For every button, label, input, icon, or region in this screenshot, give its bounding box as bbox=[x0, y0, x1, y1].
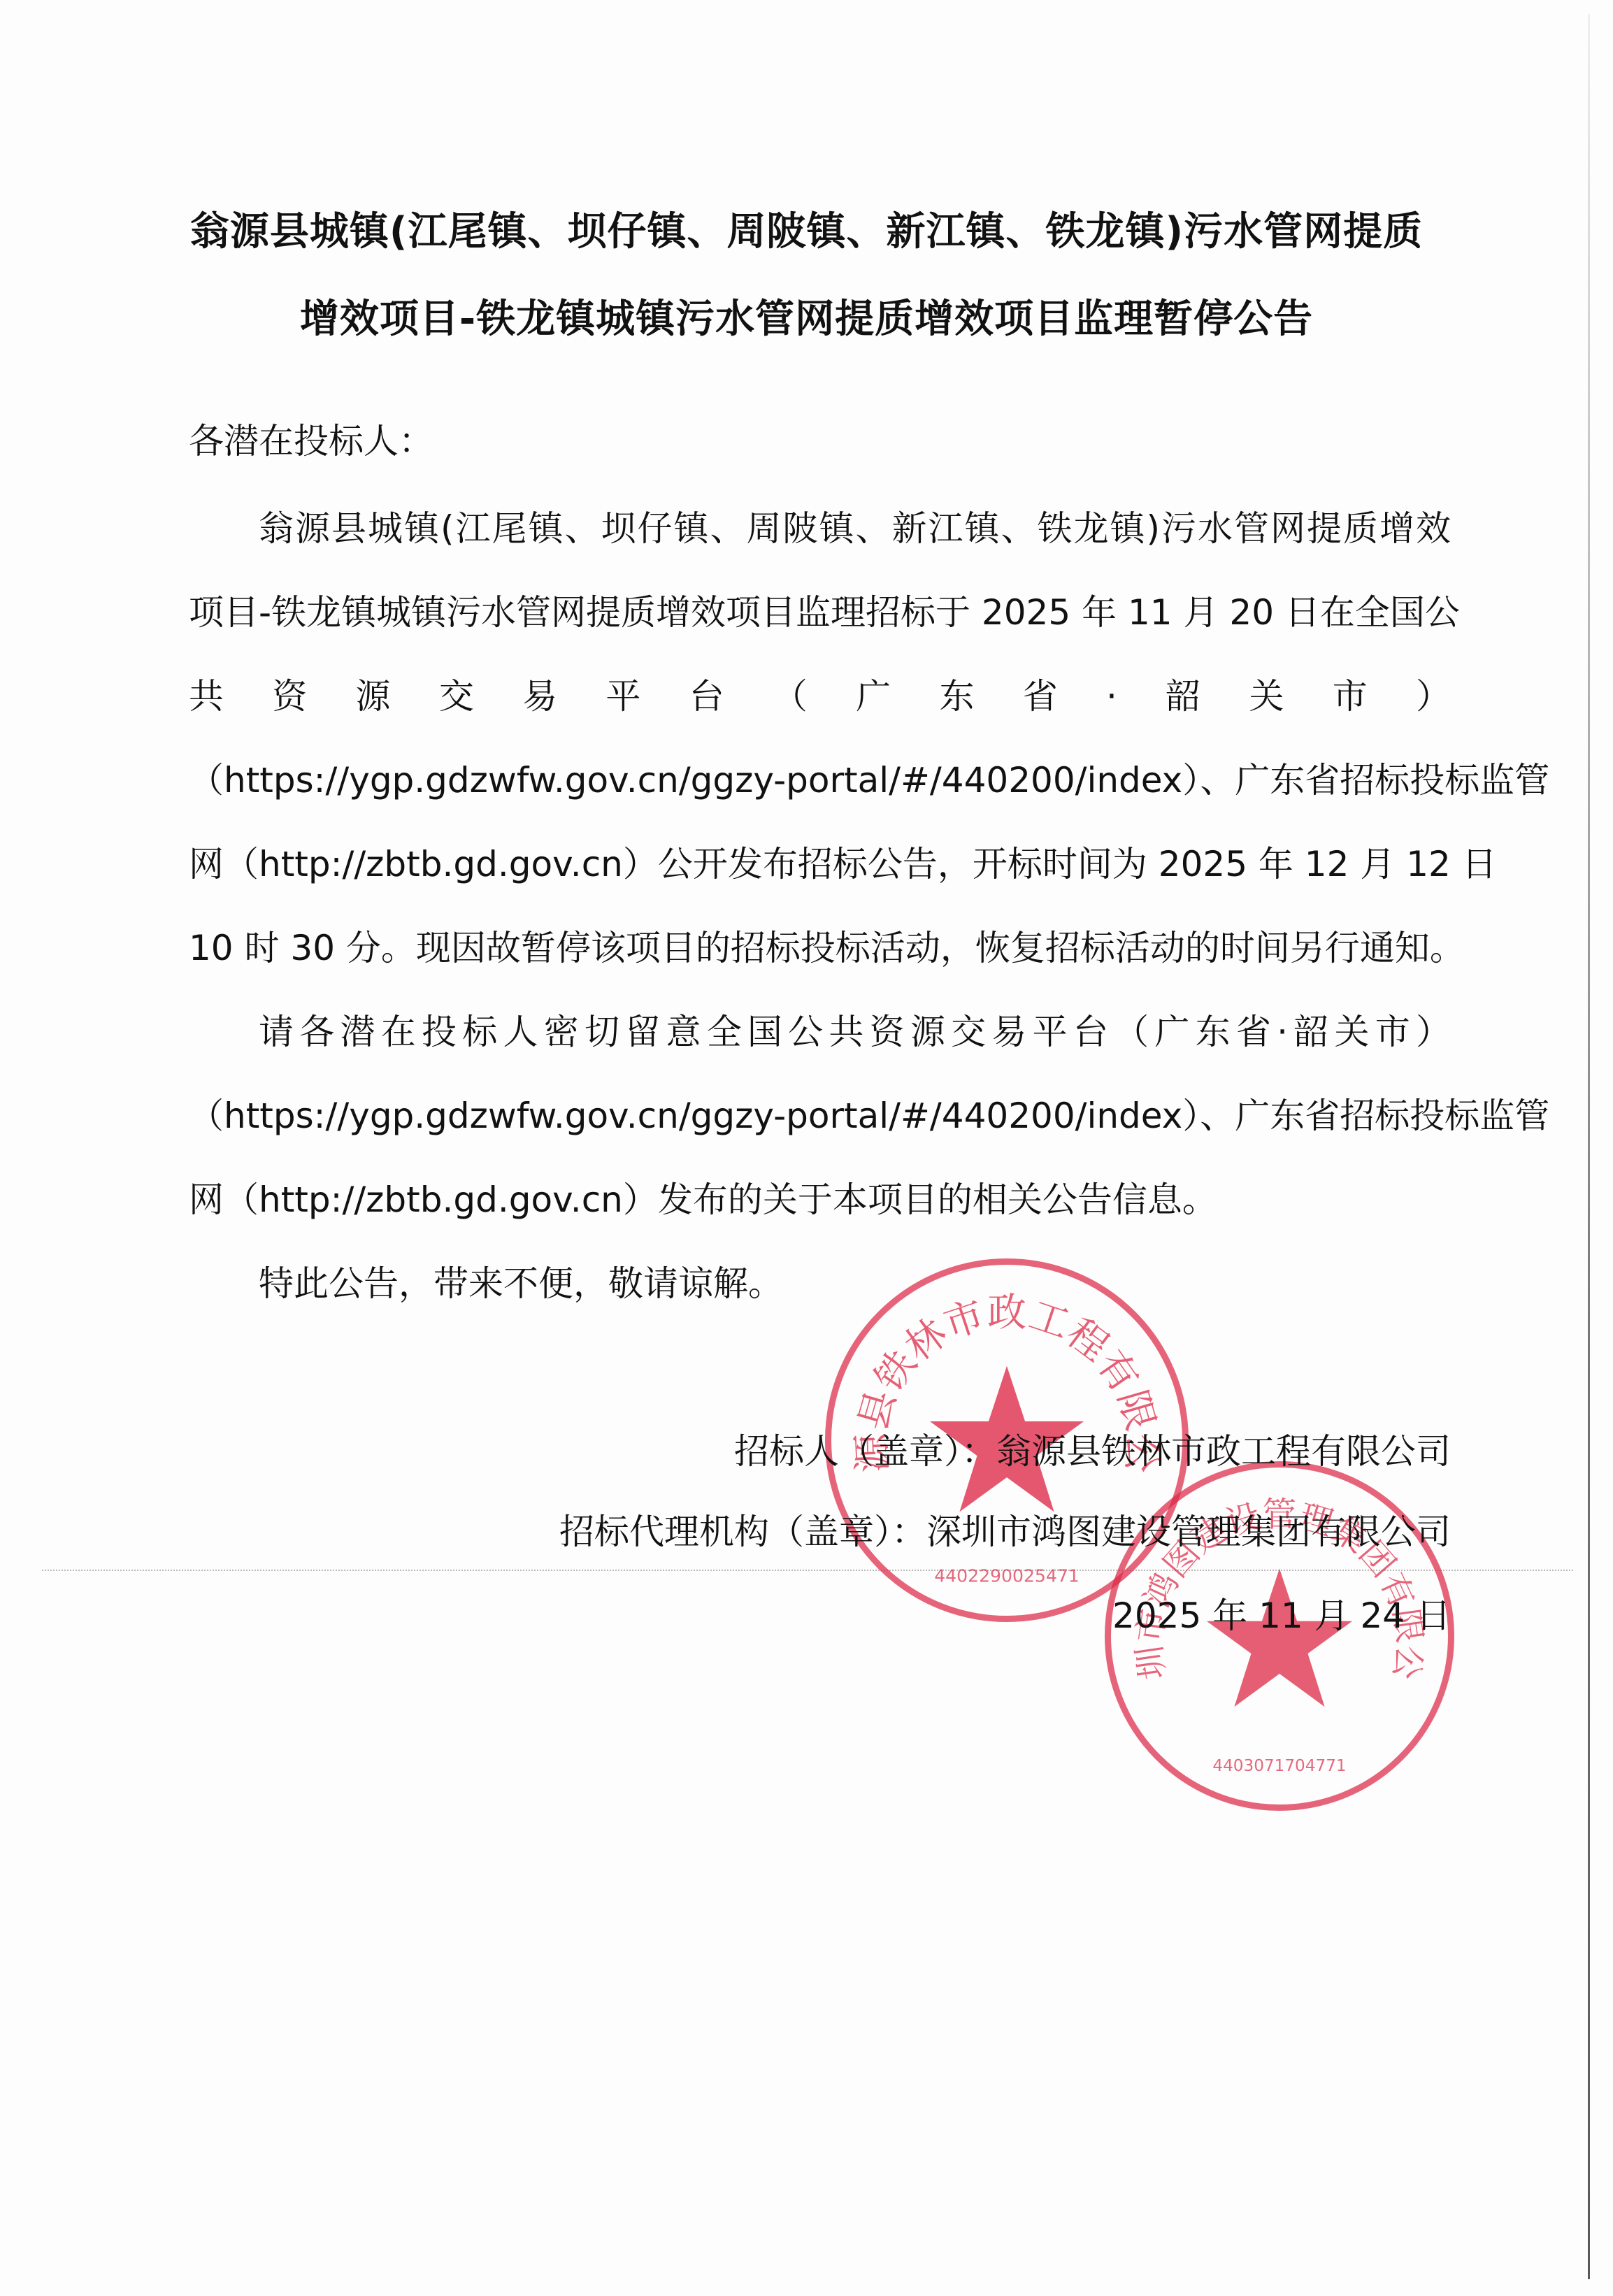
scan-edge-line bbox=[1588, 14, 1590, 2279]
paragraph1-line-3: 共资源交易平台（广东省·韶关市） bbox=[189, 675, 1451, 718]
paragraph2-line-3: 网（http://zbtb.gd.gov.cn）发布的关于本项目的相关公告信息。 bbox=[189, 1178, 1451, 1221]
svg-text:4403071704771: 4403071704771 bbox=[1212, 1757, 1346, 1775]
paragraph1-line-1: 翁源县城镇(江尾镇、坝仔镇、周陂镇、新江镇、铁龙镇)污水管网提质增效 bbox=[189, 507, 1451, 550]
salutation: 各潜在投标人： bbox=[189, 419, 1451, 463]
signature-tenderer: 招标人（盖章）：翁源县铁林市政工程有限公司 bbox=[189, 1430, 1451, 1473]
paragraph1-line-4: （https://ygp.gdzwfw.gov.cn/ggzy-portal/#… bbox=[189, 759, 1451, 802]
paragraph1-line-5: 网（http://zbtb.gd.gov.cn）公开发布招标公告，开标时间为 2… bbox=[189, 842, 1451, 886]
signature-agency: 招标代理机构（盖章）：深圳市鸿图建设管理集团有限公司 bbox=[189, 1510, 1451, 1554]
paragraph1-line-2: 项目-铁龙镇城镇污水管网提质增效项目监理招标于 2025 年 11 月 20 日… bbox=[189, 591, 1451, 634]
paragraph2-line-2: （https://ygp.gdzwfw.gov.cn/ggzy-portal/#… bbox=[189, 1094, 1451, 1138]
document-title-line-2: 增效项目-铁龙镇城镇污水管网提质增效项目监理暂停公告 bbox=[0, 297, 1613, 342]
paragraph1-line-6: 10 时 30 分。现因故暂停该项目的招标投标活动，恢复招标活动的时间另行通知。 bbox=[189, 926, 1451, 970]
svg-text:4402290025471: 4402290025471 bbox=[934, 1566, 1080, 1586]
document-title-line-1: 翁源县城镇(江尾镇、坝仔镇、周陂镇、新江镇、铁龙镇)污水管网提质 bbox=[0, 210, 1613, 254]
paragraph2-line-1: 请各潜在投标人密切留意全国公共资源交易平台（广东省·韶关市） bbox=[189, 1010, 1451, 1054]
signature-date: 2025 年 11 月 24 日 bbox=[189, 1594, 1451, 1637]
document-page: 翁源县城镇(江尾镇、坝仔镇、周陂镇、新江镇、铁龙镇)污水管网提质 增效项目-铁龙… bbox=[0, 0, 1613, 2296]
closing-line: 特此公告，带来不便，敬请谅解。 bbox=[189, 1262, 1451, 1305]
